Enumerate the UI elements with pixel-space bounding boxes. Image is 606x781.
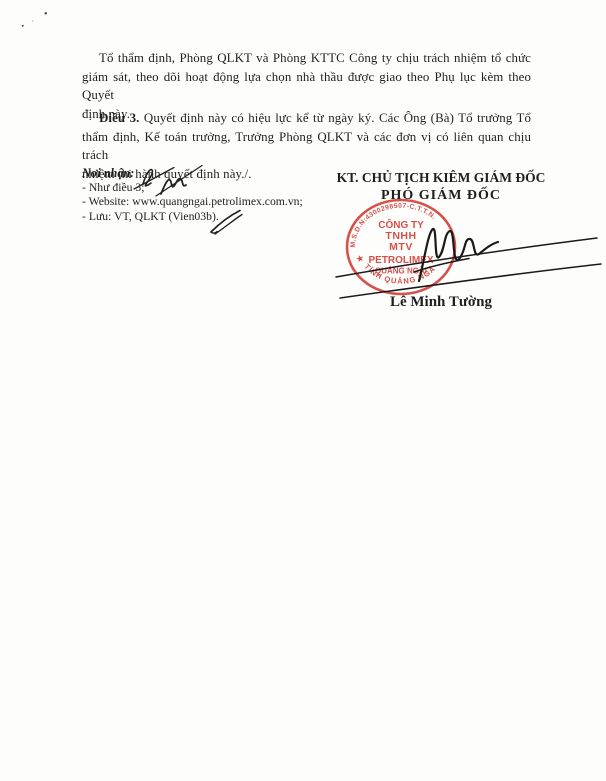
scan-speck [22,25,24,27]
seal-center-line-5: QUẢNG NGÃI [375,267,427,276]
recipients-item-1: - Như điều 3; [82,181,322,195]
signer-name: Lê Minh Tường [330,294,552,311]
seal-center-line-4: PETROLIMEX [368,255,433,266]
article-3-label: Điều 3. [99,111,139,125]
scan-speck [32,20,34,22]
article-3-line-1-text: Quyết định này có hiệu lực kể từ ngày ký… [144,111,531,125]
paragraph-1-line-2: giám sát, theo dõi hoạt động lựa chọn nh… [82,68,531,105]
scan-speck [45,12,47,14]
recipients-item-3: - Lưu: VT, QLKT (Vien03b). [82,210,322,224]
signature-title-block: KT. CHỦ TỊCH KIÊM GIÁM ĐỐC PHÓ GIÁM ĐỐC [330,169,552,204]
recipients-item-2: - Website: www.quangngai.petrolimex.com.… [82,195,322,209]
company-seal-stamp: M.S.D.N:4300298507-C.T.T.N. TỈNH QUẢNG N… [339,197,463,301]
document-page: Tổ thẩm định, Phòng QLKT và Phòng KTTC C… [0,0,606,781]
star-icon: ★ [354,253,366,266]
signature-title-line-2: PHÓ GIÁM ĐỐC [330,187,552,204]
recipients-label: Nơi nhận: [82,166,322,181]
paragraph-1-line-1: Tổ thẩm định, Phòng QLKT và Phòng KTTC C… [82,49,531,68]
article-3-line-2: thẩm định, Kế toán trưởng, Trưởng Phòng … [82,128,531,165]
recipients-block: Nơi nhận: - Như điều 3; - Website: www.q… [82,166,322,224]
seal-center-line-3: MTV [389,241,413,253]
article-3-line-1: Điều 3. Quyết định này có hiệu lực kể từ… [82,109,531,128]
signature-title-line-1: KT. CHỦ TỊCH KIÊM GIÁM ĐỐC [330,169,552,186]
